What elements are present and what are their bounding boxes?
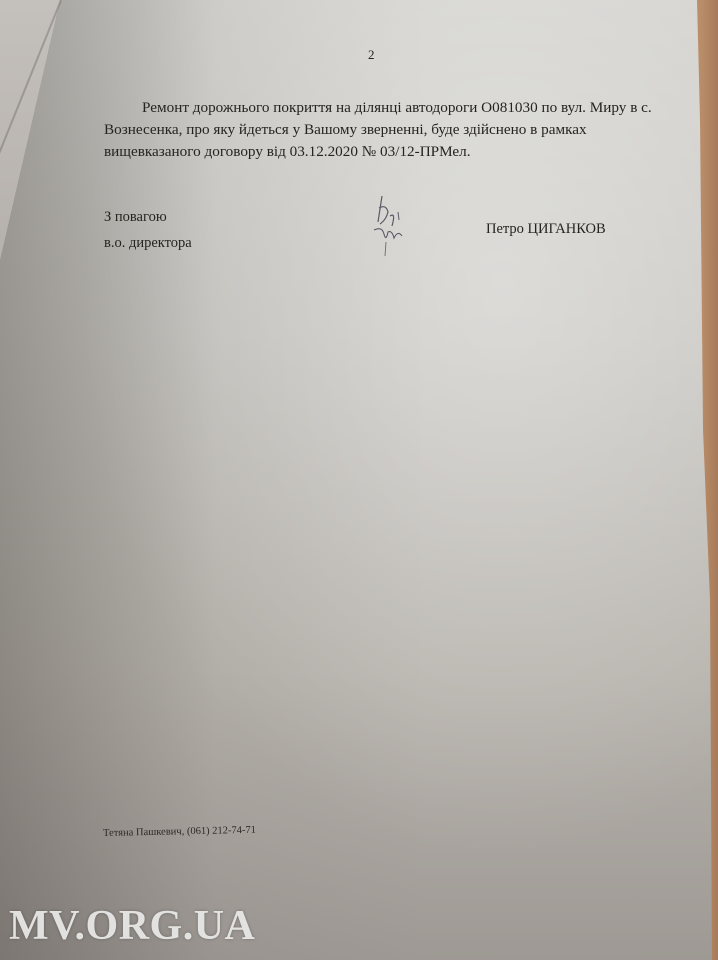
- signature-icon: [352, 186, 432, 266]
- salutation: З повагою: [104, 204, 192, 230]
- signer-position: в.о. директора: [104, 230, 192, 256]
- body-paragraph: Ремонт дорожнього покриття на ділянці ав…: [104, 97, 664, 163]
- body-paragraph-text: Ремонт дорожнього покриття на ділянці ав…: [104, 99, 652, 160]
- photo-scene: 2 Ремонт дорожнього покриття на ділянці …: [0, 0, 718, 960]
- closing-block: З повагою в.о. директора: [104, 204, 192, 256]
- page-number: 2: [368, 47, 375, 63]
- signer-name: Петро ЦИГАНКОВ: [486, 221, 606, 238]
- site-watermark: MV.ORG.UA: [9, 902, 255, 950]
